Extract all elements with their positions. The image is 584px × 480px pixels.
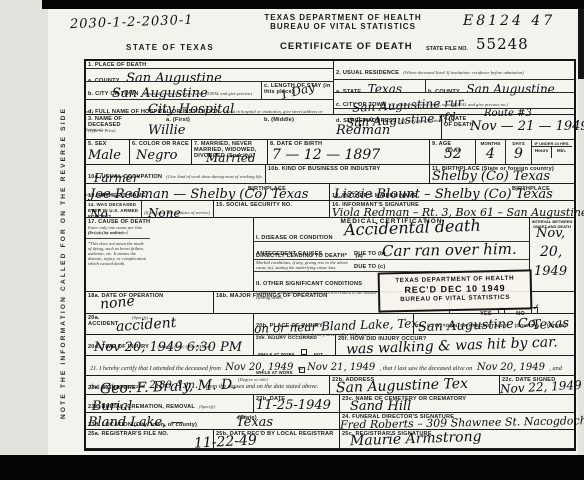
f22b-value: San Augustine Tex xyxy=(336,378,468,395)
field-10b-industry: 10b. KIND OF BUSINESS OR INDUSTRY xyxy=(266,165,430,183)
f5-label: 5. SEX xyxy=(86,140,129,147)
f9-hours-label: Hours xyxy=(532,147,552,158)
f1-title: 1. PLACE OF DEATH xyxy=(86,61,333,68)
f3-title-note: (Type or Print) xyxy=(86,128,117,133)
dept-line1: TEXAS DEPARTMENT OF HEALTH xyxy=(233,13,453,22)
f20e-label: 20e. INJURY OCCURRED xyxy=(254,335,335,342)
while-at-work-checkbox xyxy=(301,349,307,355)
certificate-paper: NOTE THE INFORMATION CALLED FOR ON THE R… xyxy=(48,9,578,455)
field-5-sex: 5. SEX Male xyxy=(86,140,130,164)
certificate-header: 2030-1-2-2030-1 TEXAS DEPARTMENT OF HEAL… xyxy=(48,9,578,59)
f11-value: Shelby (Co) Texas xyxy=(432,171,550,183)
row-registrar: 25a. REGISTRAR'S FILE NO. 25b. DATE REC'… xyxy=(86,430,574,449)
f17-interval-line3: 1949 xyxy=(534,266,567,278)
f22a-note: (Degree or title) xyxy=(236,377,270,382)
field-22b-address: 22b. ADDRESS San Augustine Tex xyxy=(330,376,500,394)
f18a-value: none xyxy=(99,295,135,311)
f8-value: 7 — 12 — 1897 xyxy=(272,149,380,161)
certificate-form: 1. PLACE OF DEATH a. COUNTY San Augustin… xyxy=(84,59,576,451)
certificate-title: CERTIFICATE OF DEATH xyxy=(280,42,413,52)
f17-other-label: II. OTHER SIGNIFICANT CONDITIONS xyxy=(254,280,364,287)
f21-v2: Nov 21, 1949 xyxy=(307,362,375,373)
f23c-value: Sand Hill xyxy=(350,401,411,413)
field-20e-injury-occurred: 20e. INJURY OCCURRED WHILE AT WORK NOT W… xyxy=(254,335,336,355)
f21-v1: Nov 20, 1949 xyxy=(225,362,293,373)
handwritten-ledger-number: 2030-1-2-2030-1 xyxy=(70,15,194,31)
f20c-value2: Texas xyxy=(532,318,570,333)
f23b-value: 11-25-1949 xyxy=(256,400,331,412)
stamp-line3: BUREAU OF VITAL STATISTICS xyxy=(380,293,530,304)
f17-line1-label: I. DISEASE OR CONDITION xyxy=(254,234,335,241)
state-of-texas-label: STATE OF TEXAS xyxy=(126,43,214,52)
field-20d-time-of-injury: 20d. TIME OF INJURY (Month) (Day) (Year)… xyxy=(86,335,254,355)
field-17-cause-sidebar: 17. CAUSE OF DEATH Enter only one cause … xyxy=(86,218,254,291)
handwritten-film-code: E8124 47 xyxy=(463,15,555,27)
field-25b-date-recd: 25b. DATE REC'D BY LOCAL REGISTRAR 11-22… xyxy=(214,430,340,448)
row-sex-race-age: 5. SEX Male 6. COLOR OR RACE Negro 7. MA… xyxy=(86,140,574,165)
f21-p2: to xyxy=(298,365,303,372)
f22c-value: Nov 22, 1949 xyxy=(500,379,582,395)
field-8-date-of-birth: 8. DATE OF BIRTH 7 — 12 — 1897 xyxy=(268,140,430,164)
f4-value: Nov — 21 — 1949 xyxy=(470,121,584,133)
f17-due-b-value: Car ran over him. xyxy=(382,243,517,257)
f2-title-note: (Where deceased lived. If institution: r… xyxy=(401,70,525,75)
f23a-value: Burial xyxy=(92,401,132,413)
f7-value: Married xyxy=(206,152,256,164)
field-16-informant: 16. INFORMANT'S SIGNATURE Viola Redman –… xyxy=(330,201,574,217)
row-physician-signature: 22a. SIGNATURE (Degree or title) Geo. F.… xyxy=(86,376,574,395)
field-10a-occupation: 10a. USUAL OCCUPATION(Give kind of work … xyxy=(86,165,266,183)
f9-min-label: Min. xyxy=(552,147,571,158)
film-bar-top xyxy=(42,0,584,9)
autopsy-no-mark: ✓ xyxy=(532,304,540,313)
field-9-age: 9. AGE YEARS 52 MONTHS 4 DAYS 9 IF UNDER… xyxy=(430,140,574,164)
f21-p1: 21. I hereby certify that I attended the… xyxy=(90,365,221,372)
field-17-interval-column: INTERVAL BETWEEN ONSET AND DEATH Nov, 20… xyxy=(530,218,574,291)
f17-side2: *This does not mean the mode of dying, s… xyxy=(86,238,150,266)
f17-side1: Enter only one cause per line for (a), (… xyxy=(86,225,150,235)
state-file-no-value: 55248 xyxy=(476,37,529,52)
field-3-name-of-deceased: 3. NAME OF DECEASED (Type or Print) a. (… xyxy=(86,115,442,139)
received-stamp: TEXAS DEPARTMENT OF HEALTH REC'D DEC 10 … xyxy=(378,269,533,312)
f23d-value: Bland Lake, — xyxy=(88,417,184,429)
row-21-certify-statement: 21. I hereby certify that I attended the… xyxy=(86,356,574,376)
field-13-mother: 13. MOTHER'S MAIDEN NAME BIRTHPLACE Lizz… xyxy=(330,184,574,200)
f17-interval-line2: 20, xyxy=(540,246,562,258)
f25c-value: Maurie Armstrong xyxy=(350,431,482,448)
f20c-value1: San Augustine Co, xyxy=(418,318,540,334)
f12-value: Joe Redman — Shelby (Co) Texas xyxy=(90,189,308,201)
field-23b-burial-date: 23b. DATE 11-25-1949 xyxy=(254,395,340,412)
f6-label: 6. COLOR OR RACE xyxy=(130,140,191,147)
f6-value: Negro xyxy=(136,150,177,162)
f10b-label: 10b. KIND OF BUSINESS OR INDUSTRY xyxy=(266,165,429,172)
field-4-date-of-death: 4. DATE OF DEATH Nov — 21 — 1949 xyxy=(442,115,574,139)
f13-value: Lizzie Blount – Shelby (Co) Texas xyxy=(334,189,553,201)
f15-label: 15. SOCIAL SECURITY NO. xyxy=(214,201,329,208)
state-file-no-label: STATE FILE NO. xyxy=(426,46,468,52)
f2-title: 2. USUAL RESIDENCE xyxy=(334,69,401,76)
department-title: TEXAS DEPARTMENT OF HEALTH BUREAU OF VIT… xyxy=(233,13,453,31)
field-1-place-of-death: 1. PLACE OF DEATH a. COUNTY San Augustin… xyxy=(86,61,334,114)
f17-ante-label: ANTECEDENT CAUSES xyxy=(254,250,325,257)
f17-label: 17. CAUSE OF DEATH xyxy=(86,218,253,225)
field-25c-registrar-signature: 25c. REGISTRAR'S SIGNATURE Maurie Armstr… xyxy=(340,430,574,448)
field-23d-location: 23d. LOCATION (City, town, or county) (S… xyxy=(86,413,340,429)
row-accident-place: 20a. ACCIDENT (Specify) accident 20b. PL… xyxy=(86,314,574,335)
f21-p3: , that I last saw the deceased alive on xyxy=(380,365,473,372)
f3-middle-label: b. (Middle) xyxy=(262,116,296,123)
scanned-certificate: NOTE THE INFORMATION CALLED FOR ON THE R… xyxy=(0,0,584,480)
row-place-residence: 1. PLACE OF DEATH a. COUNTY San Augustin… xyxy=(86,61,574,115)
row-burial: 23a. BURIAL, CREMATION, REMOVAL(Specify)… xyxy=(86,395,574,413)
row-name-deathdate: 3. NAME OF DECEASED (Type or Print) a. (… xyxy=(86,115,574,140)
f17-line1-value: Accidental death xyxy=(344,220,481,237)
field-2-usual-residence: 2. USUAL RESIDENCE(Where deceased lived.… xyxy=(334,61,574,114)
f3-first-value: Willie xyxy=(148,125,185,137)
field-11-birthplace: 11. BIRTHPLACE (State or foreign country… xyxy=(430,165,574,183)
f10a-value: Farmer xyxy=(94,172,139,184)
f9-months-value: 4 xyxy=(486,148,495,160)
reverse-side-note: NOTE THE INFORMATION CALLED FOR ON THE R… xyxy=(60,79,67,419)
dept-line2: BUREAU OF VITAL STATISTICS xyxy=(233,22,453,31)
field-20a-accident-suicide-homicide: 20a. ACCIDENT (Specify) accident xyxy=(86,314,254,334)
f17-interval-line1: Nov, xyxy=(536,228,565,240)
field-20c-city-county-state: 20c. (CITY, TOWN, OR PRECINCT NO.) (COUN… xyxy=(414,314,574,334)
row-occupation-birthplace: 10a. USUAL OCCUPATION(Give kind of work … xyxy=(86,165,574,184)
f9-days-value: 9 xyxy=(514,148,523,160)
field-14-armed-forces: 14. WAS DECEASED EVER IN U.S. ARMED FORC… xyxy=(86,201,214,217)
field-22c-date-signed: 22c. DATE SIGNED Nov 22, 1949 xyxy=(500,376,574,394)
f25b-value: 11-22-49 xyxy=(194,434,257,449)
field-6-color-or-race: 6. COLOR OR RACE Negro xyxy=(130,140,192,164)
f23a-note: (Specify) xyxy=(197,404,217,409)
field-12-father: 12. FATHER'S NAME BIRTHPLACE Joe Redman … xyxy=(86,184,330,200)
film-bar-bottom xyxy=(0,455,584,480)
f20a-value: accident xyxy=(116,317,177,333)
field-7-marital-status: 7. MARRIED, NEVER MARRIED, WIDOWED, DIVO… xyxy=(192,140,268,164)
f9-years-value: 52 xyxy=(444,148,462,160)
f20d-value: Nov 20, 1949 6:30 PM xyxy=(94,342,242,354)
f23d-value2: Texas xyxy=(236,417,273,429)
row-armedforces-ssn-informant: 14. WAS DECEASED EVER IN U.S. ARMED FORC… xyxy=(86,201,574,218)
f17-due-c-label: DUE TO (c) xyxy=(352,263,387,270)
field-24-funeral-director: 24. FUNERAL DIRECTOR'S SIGNATURE Fred Ro… xyxy=(340,413,574,429)
field-23c-cemetery: 23c. NAME OF CEMETERY OR CREMATORY Sand … xyxy=(340,395,574,412)
f9-under24-label: IF UNDER 24 HRS. xyxy=(532,140,572,146)
row-time-how-injury: 20d. TIME OF INJURY (Month) (Day) (Year)… xyxy=(86,335,574,356)
field-20f-how-injury-occurred: 20f. HOW DID INJURY OCCUR? was walking &… xyxy=(336,335,574,355)
field-20b-place-of-injury: 20b. PLACE OF INJURY (e.g., in or about … xyxy=(254,314,414,334)
f3-title: 3. NAME OF DECEASED xyxy=(86,115,150,128)
f3-last-value: Redman xyxy=(336,125,390,137)
field-18a-date-of-operation: 18a. DATE OF OPERATION none xyxy=(86,292,214,313)
f22a-value: Geo. F. Braly, M. D. xyxy=(100,379,236,396)
row-location-funeral-director: 23d. LOCATION (City, town, or county) (S… xyxy=(86,413,574,430)
field-23a-burial: 23a. BURIAL, CREMATION, REMOVAL(Specify)… xyxy=(86,395,254,412)
f21-v3: Nov 20, 1949 xyxy=(477,362,545,373)
f5-value: Male xyxy=(88,150,121,162)
field-15-ssn: 15. SOCIAL SECURITY NO. xyxy=(214,201,330,217)
field-22a-signature: 22a. SIGNATURE (Degree or title) Geo. F.… xyxy=(86,376,330,394)
row-parents: 12. FATHER'S NAME BIRTHPLACE Joe Redman … xyxy=(86,184,574,201)
